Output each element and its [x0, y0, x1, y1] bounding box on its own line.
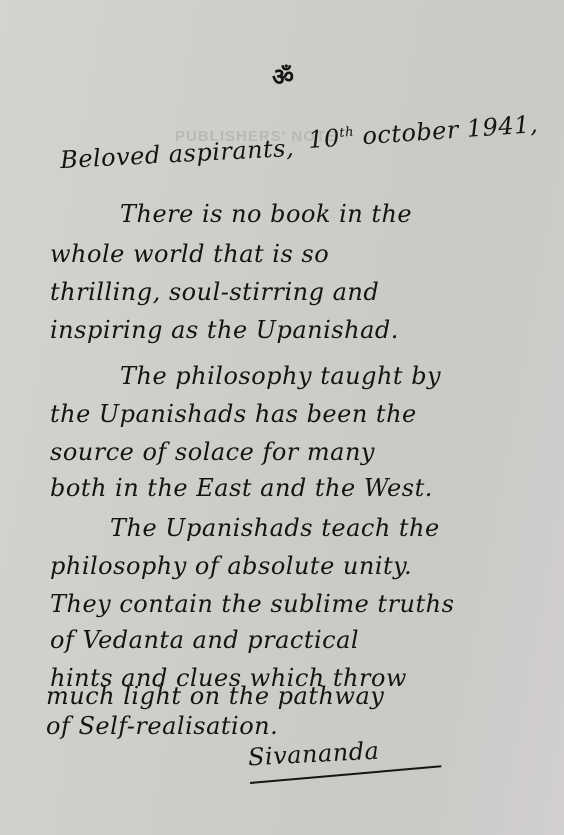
paragraph-3-line-1: The Upanishads teach the	[110, 514, 440, 542]
document-page: PUBLISHERS' NOTE ॐ 10th october 1941, Be…	[0, 0, 564, 835]
paragraph-1-line-2: whole world that is so	[50, 240, 329, 268]
date-suffix: th	[339, 125, 355, 141]
paragraph-3-line-3: They contain the sublime truths	[50, 590, 454, 618]
signature: Sivananda	[247, 737, 380, 772]
salutation: Beloved aspirants,	[59, 134, 294, 174]
paragraph-1-line-4: inspiring as the Upanishad.	[50, 316, 399, 344]
date-rest: october 1941,	[361, 110, 538, 150]
date-day: 10	[307, 124, 340, 154]
om-symbol: ॐ	[272, 60, 294, 93]
paragraph-3-line-7: of Self-realisation.	[46, 712, 278, 740]
paragraph-1-line-3: thrilling, soul-stirring and	[50, 278, 379, 306]
paragraph-2-line-1: The philosophy taught by	[120, 362, 441, 390]
paragraph-1-line-1: There is no book in the	[120, 200, 412, 228]
letter-date: 10th october 1941,	[307, 110, 539, 154]
paragraph-2-line-2: the Upanishads has been the	[50, 400, 417, 428]
paragraph-3-line-6: much light on the pathway	[46, 682, 384, 710]
paragraph-3-line-4: of Vedanta and practical	[50, 626, 359, 654]
paragraph-3-line-2: philosophy of absolute unity.	[50, 552, 412, 580]
paragraph-2-line-3: source of solace for many	[50, 438, 375, 466]
paragraph-2-line-4: both in the East and the West.	[50, 474, 433, 502]
